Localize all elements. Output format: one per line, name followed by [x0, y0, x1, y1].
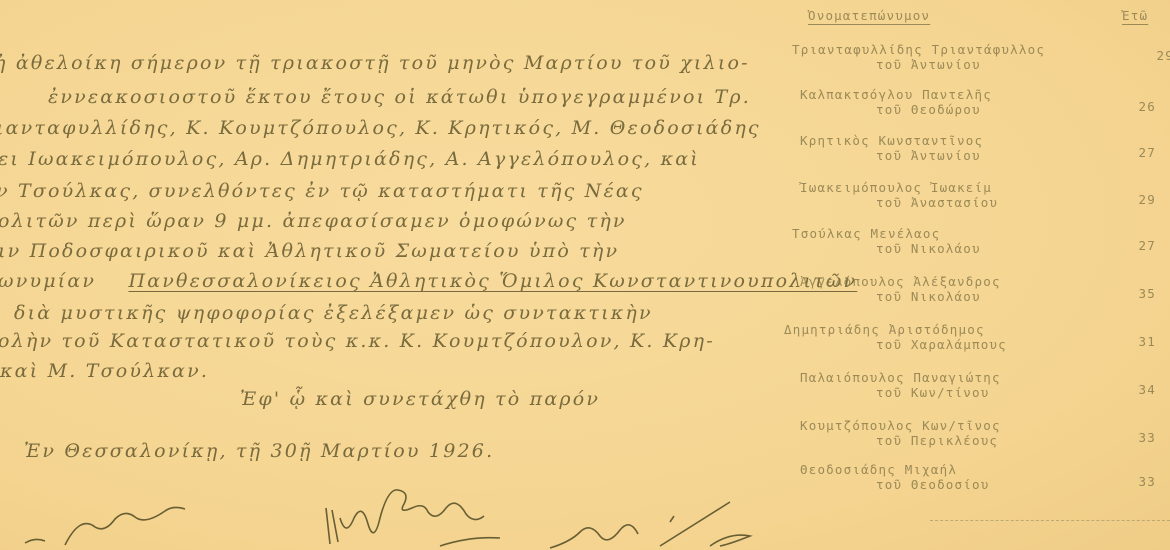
roster-row: Ἰωακειμόπουλος Ἰωακείμ τοῦ Ἀναστασίου 29 — [790, 180, 1170, 224]
roster-row: Τσούλκας Μενέλαος τοῦ Νικολάου 27 — [790, 226, 1170, 270]
member-name: Κρητικὸς Κωνσταντῖνος — [800, 133, 983, 148]
roster-header-age: Ἐτῶ — [1122, 8, 1148, 23]
member-name: Καλπακτσόγλου Παντελῆς — [800, 87, 992, 102]
minutes-line-6: ολιτῶν περὶ ὥραν 9 μμ. ἀπεφασίσαμεν ὁμοφ… — [0, 210, 627, 232]
member-age: 33 — [1139, 474, 1156, 489]
member-father: τοῦ Ἀντωνίου — [876, 148, 981, 163]
place-date: Ἐν Θεσσαλονίκῃ, τῇ 30ῇ Μαρτίου 1926. — [24, 440, 494, 462]
minutes-line-10: ολὴν τοῦ Καταστατικοῦ τοὺς κ.κ. Κ. Κουμτ… — [0, 330, 715, 352]
club-name: Πανθεσσαλονίκειος Ἀθλητικὸς Ὅμιλος Κωνστ… — [128, 270, 857, 292]
minutes-line-11: καὶ Μ. Τσούλκαν. — [0, 360, 209, 382]
club-name-label: ωνυμίαν — [0, 270, 96, 292]
minutes-line-3: ιανταφυλλίδης, Κ. Κουμτζόπουλος, Κ. Κρητ… — [0, 117, 761, 139]
closing-line: Ἐφ' ᾧ καὶ συνετάχθη τὸ παρόν — [240, 388, 600, 410]
member-name: Τριανταφυλλίδης Τριαντάφυλλος — [792, 42, 1045, 57]
member-age: 34 — [1139, 382, 1156, 397]
roster-row: Θεοδοσιάδης Μιχαήλ τοῦ Θεοδοσίου 33 — [790, 462, 1170, 506]
member-age: 29 — [1157, 48, 1170, 63]
signature-2 — [320, 488, 550, 550]
roster-divider — [930, 520, 1170, 521]
member-name: Ἰωακειμόπουλος Ἰωακείμ — [800, 180, 992, 195]
roster-row: Παλαιόπουλος Παναγιώτης τοῦ Κων/τίνου 34 — [790, 370, 1170, 414]
member-father: τοῦ Ἀναστασίου — [876, 195, 998, 210]
member-name: Θεοδοσιάδης Μιχαήλ — [800, 462, 957, 477]
member-father: τοῦ Θεοδοσίου — [876, 477, 989, 492]
member-father: τοῦ Νικολάου — [876, 289, 981, 304]
member-father: τοῦ Περικλέους — [876, 433, 998, 448]
minutes-line-8: ωνυμίαν Πανθεσσαλονίκειος Ἀθλητικὸς Ὅμιλ… — [0, 270, 857, 292]
signature-3 — [540, 500, 780, 550]
member-age: 27 — [1139, 145, 1156, 160]
signature-1 — [20, 505, 240, 550]
member-father: τοῦ Νικολάου — [876, 241, 981, 256]
member-age: 29 — [1139, 192, 1156, 207]
member-father: τοῦ Χαραλάμπους — [876, 337, 1007, 352]
member-roster: Ὀνοματεπώνυμον Ἐτῶ Τριανταφυλλίδης Τριαν… — [790, 0, 1170, 550]
minutes-line-4: ει Ιωακειμόπουλος, Αρ. Δημητριάδης, Α. Α… — [0, 148, 700, 170]
roster-row: Καλπακτσόγλου Παντελῆς τοῦ Θεοδώρου 26 — [790, 87, 1170, 131]
member-name: Ἀγγελόπουλος Ἀλέξανδρος — [800, 274, 1001, 289]
roster-row: Ἀγγελόπουλος Ἀλέξανδρος τοῦ Νικολάου 35 — [790, 274, 1170, 318]
roster-row: Δημητριάδης Ἀριστόδημος τοῦ Χαραλάμπους … — [790, 322, 1170, 366]
roster-row: Τριανταφυλλίδης Τριαντάφυλλος τοῦ Ἀντωνί… — [790, 42, 1170, 86]
member-father: τοῦ Κων/τίνου — [876, 385, 989, 400]
member-age: 27 — [1139, 238, 1156, 253]
minutes-line-9: διὰ μυστικῆς ψηφοφορίας ἐξελέξαμεν ὡς συ… — [14, 302, 653, 324]
minutes-line-7: ιν Ποδοσφαιρικοῦ καὶ Ἀθλητικοῦ Σωματείου… — [0, 240, 619, 262]
member-age: 31 — [1139, 334, 1156, 349]
roster-header-name: Ὀνοματεπώνυμον — [808, 8, 930, 23]
minutes-line-5: ν Τσούλκας, συνελθόντες ἐν τῷ καταστήματ… — [0, 180, 644, 202]
member-name: Τσούλκας Μενέλαος — [792, 226, 940, 241]
member-name: Κουμτζόπουλος Κων/τῖνος — [800, 418, 1001, 433]
member-age: 33 — [1139, 430, 1156, 445]
minutes-line-2: ἐννεακοσιοστοῦ ἕκτου ἔτους οἱ κάτωθι ὑπο… — [48, 86, 751, 108]
member-father: τοῦ Ἀντωνίου — [876, 57, 981, 72]
member-name: Δημητριάδης Ἀριστόδημος — [784, 322, 985, 337]
member-father: τοῦ Θεοδώρου — [876, 102, 981, 117]
member-age: 35 — [1139, 286, 1156, 301]
minutes-line-1: ᾐ ἀθελοίκη σήμερον τῇ τριακοστῇ τοῦ μηνὸ… — [0, 52, 750, 74]
member-name: Παλαιόπουλος Παναγιώτης — [800, 370, 1001, 385]
member-age: 26 — [1139, 99, 1156, 114]
roster-row: Κουμτζόπουλος Κων/τῖνος τοῦ Περικλέους 3… — [790, 418, 1170, 462]
roster-row: Κρητικὸς Κωνσταντῖνος τοῦ Ἀντωνίου 27 — [790, 133, 1170, 177]
